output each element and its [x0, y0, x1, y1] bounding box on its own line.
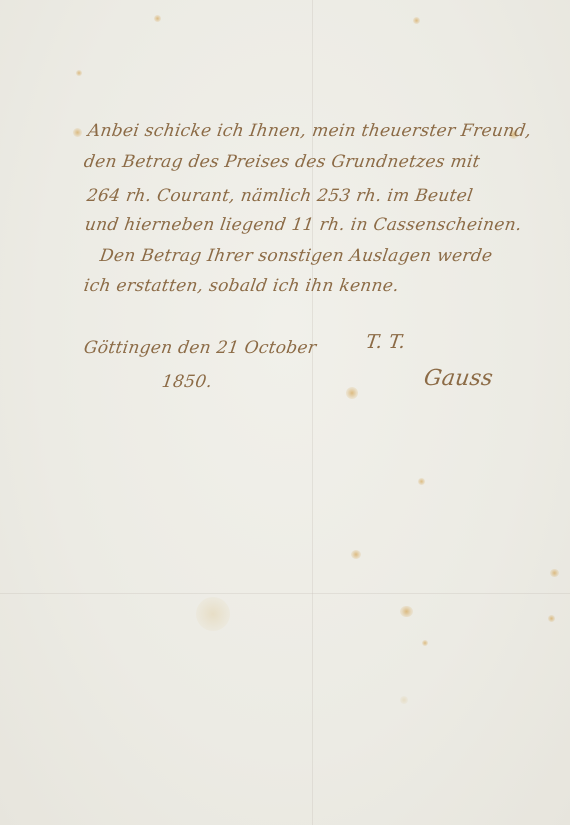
- foxing-spot: [400, 696, 408, 704]
- foxing-spot: [76, 70, 82, 76]
- letter-page: Anbei schicke ich Ihnen, mein theuerster…: [0, 0, 570, 825]
- foxing-spot: [351, 550, 361, 559]
- letter-body-line-5: Den Betrag Ihrer sonstigen Auslagen werd…: [99, 246, 494, 266]
- letter-body-line-4: und hierneben liegend 11 rh. in Cassensc…: [84, 215, 523, 235]
- foxing-spot: [346, 387, 358, 399]
- year: 1850.: [161, 372, 214, 392]
- closing-initials: T. T.: [364, 331, 406, 353]
- foxing-spot: [400, 606, 413, 617]
- foxing-spot: [73, 128, 82, 137]
- letter-body-line-3: 264 rh. Courant, nämlich 253 rh. im Beut…: [86, 186, 475, 206]
- foxing-stain: [196, 597, 230, 631]
- foxing-spot: [548, 615, 555, 622]
- place-date: Göttingen den 21 October: [83, 338, 318, 358]
- foxing-spot: [154, 15, 161, 22]
- paper-fold-horizontal: [0, 593, 570, 594]
- foxing-spot: [550, 569, 559, 577]
- foxing-spot: [418, 478, 425, 485]
- signature: Gauss: [422, 366, 494, 391]
- letter-body-line-1: Anbei schicke ich Ihnen, mein theuerster…: [87, 121, 533, 141]
- foxing-spot: [413, 17, 420, 24]
- letter-body-line-6: ich erstatten, sobald ich ihn kenne.: [83, 276, 401, 296]
- foxing-spot: [422, 640, 428, 646]
- letter-body-line-2: den Betrag des Preises des Grundnetzes m…: [83, 152, 482, 172]
